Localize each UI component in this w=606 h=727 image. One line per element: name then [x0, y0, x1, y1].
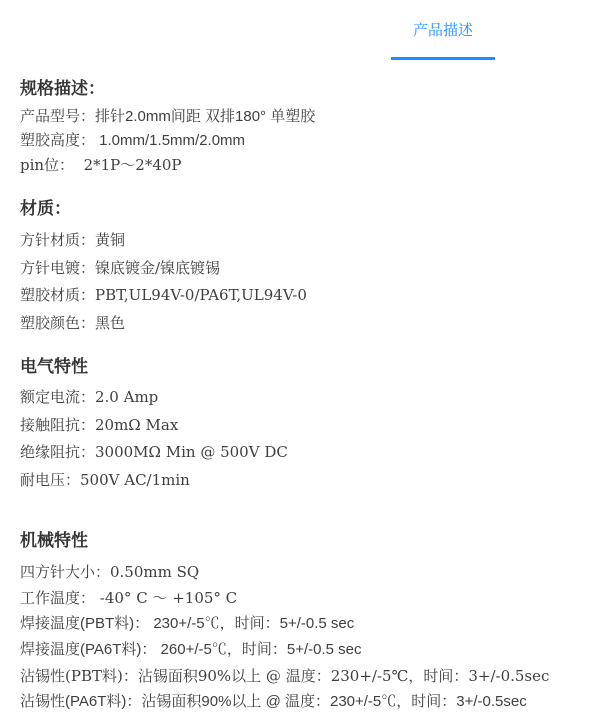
- section-spec-description: 规格描述： 产品型号：排针2.0mm间距 双排180° 单塑胶 塑胶高度： 1.…: [20, 79, 586, 177]
- spec-line-operating-temp: 工作温度： -40° C ～ +105° C: [20, 585, 586, 611]
- spec-line-pin-size: 四方针大小：0.50mm SQ: [20, 559, 586, 585]
- spec-lines: 额定电流：2.0 Amp 接触阻抗：20mΩ Max 绝缘阻抗：3000MΩ M…: [20, 384, 586, 494]
- tab-product-description[interactable]: 产品描述: [391, 0, 495, 60]
- section-heading: 材质：: [20, 199, 586, 218]
- spec-line-pin-material: 方针材质：黄铜: [20, 227, 586, 255]
- tab-bar: 产品描述: [0, 0, 606, 60]
- spec-line-plastic-color: 塑胶颜色：黑色: [20, 310, 586, 338]
- product-description-page: 产品描述 规格描述： 产品型号：排针2.0mm间距 双排180° 单塑胶 塑胶高…: [0, 0, 606, 727]
- spec-line-contact-resistance: 接触阻抗：20mΩ Max: [20, 412, 586, 440]
- spec-line-soldering-temp-pbt: 焊接温度(PBT料)： 230+/-5℃，时间：5+/-0.5 sec: [20, 611, 586, 637]
- spec-lines: 方针材质：黄铜 方针电镀：镍底镀金/镍底镀锡 塑胶材质：PBT,UL94V-0/…: [20, 227, 586, 337]
- section-heading: 电气特性: [20, 357, 586, 376]
- section-heading: 机械特性: [20, 531, 586, 550]
- spec-line-pin-plating: 方针电镀：镍底镀金/镍底镀锡: [20, 255, 586, 283]
- spec-line-solderability-pbt: 沾锡性(PBT料)：沾锡面积90%以上 @ 温度：230+/-5℃，时间：3+/…: [20, 663, 586, 689]
- section-material: 材质： 方针材质：黄铜 方针电镀：镍底镀金/镍底镀锡 塑胶材质：PBT,UL94…: [20, 199, 586, 337]
- spec-lines: 产品型号：排针2.0mm间距 双排180° 单塑胶 塑胶高度： 1.0mm/1.…: [20, 105, 586, 177]
- spec-line-pin-positions: pin位： 2*1P～2*40P: [20, 153, 586, 177]
- spec-line-withstand-voltage: 耐电压：500V AC/1min: [20, 467, 586, 495]
- section-electrical: 电气特性 额定电流：2.0 Amp 接触阻抗：20mΩ Max 绝缘阻抗：300…: [20, 357, 586, 494]
- section-mechanical: 机械特性 四方针大小：0.50mm SQ 工作温度： -40° C ～ +105…: [20, 531, 586, 715]
- spec-line-soldering-temp-pa6t: 焊接温度(PA6T料)： 260+/-5℃，时间：5+/-0.5 sec: [20, 637, 586, 663]
- spec-line-product-model: 产品型号：排针2.0mm间距 双排180° 单塑胶: [20, 105, 586, 129]
- product-description-content: 规格描述： 产品型号：排针2.0mm间距 双排180° 单塑胶 塑胶高度： 1.…: [0, 60, 606, 715]
- spec-line-insulation-resistance: 绝缘阻抗：3000MΩ Min @ 500V DC: [20, 439, 586, 467]
- spec-line-plastic-height: 塑胶高度： 1.0mm/1.5mm/2.0mm: [20, 129, 586, 153]
- spec-lines: 四方针大小：0.50mm SQ 工作温度： -40° C ～ +105° C 焊…: [20, 559, 586, 715]
- spec-line-rated-current: 额定电流：2.0 Amp: [20, 384, 586, 412]
- spec-line-solderability-pa6t: 沾锡性(PA6T料)：沾锡面积90%以上 @ 温度：230+/-5℃，时间：3+…: [20, 689, 586, 715]
- section-heading: 规格描述：: [20, 79, 586, 98]
- spec-line-plastic-material: 塑胶材质：PBT,UL94V-0/PA6T,UL94V-0: [20, 282, 586, 310]
